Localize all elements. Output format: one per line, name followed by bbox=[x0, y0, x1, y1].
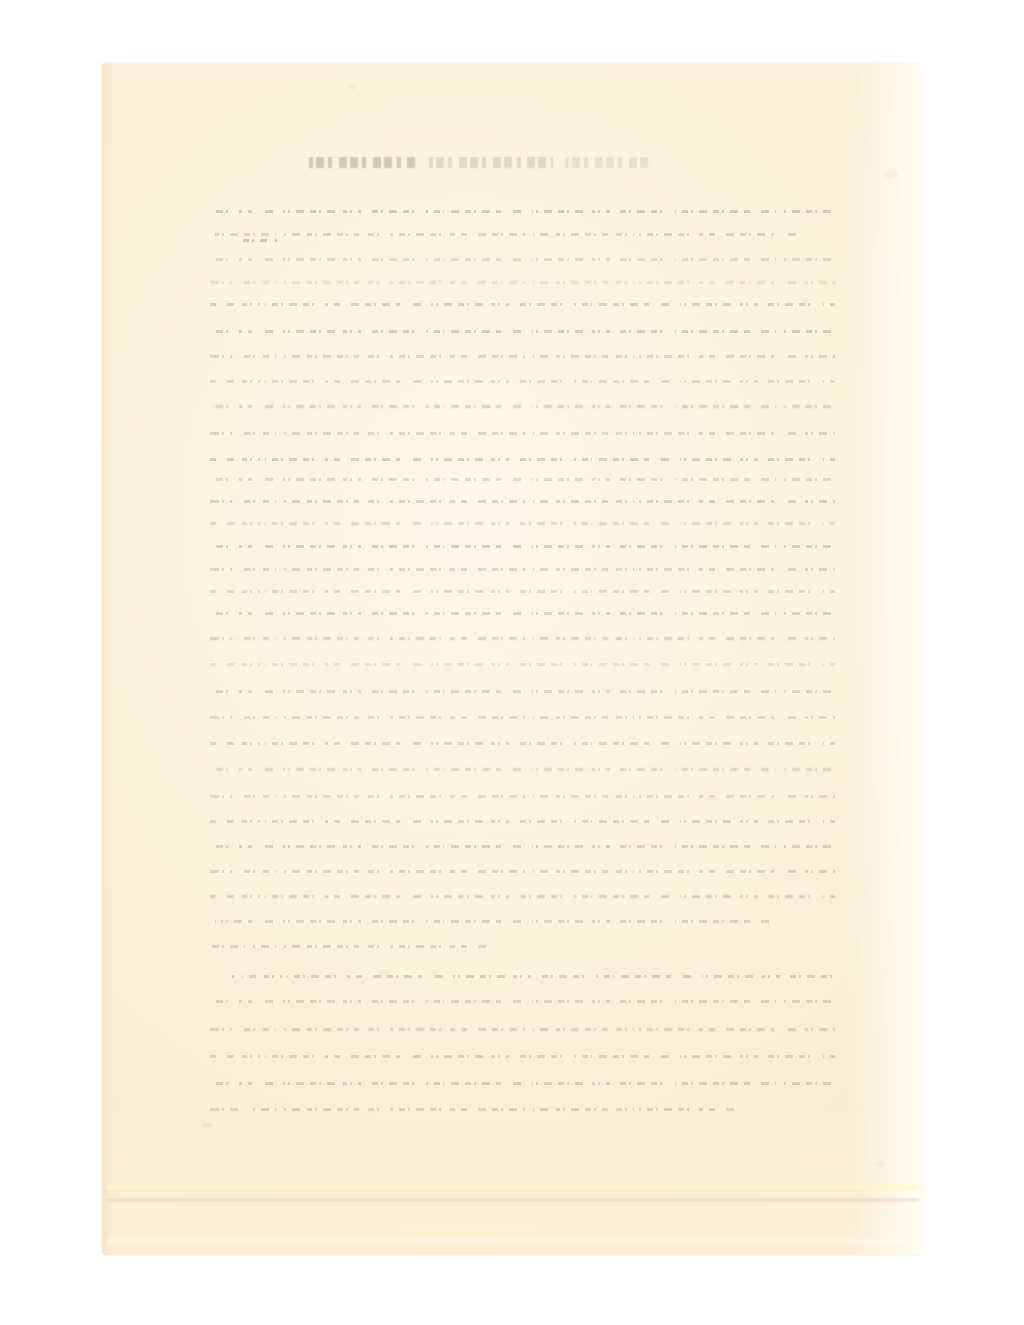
faded-text-line bbox=[210, 690, 835, 693]
faded-text-line bbox=[210, 795, 835, 798]
faded-text-line bbox=[210, 405, 835, 408]
faded-text-line bbox=[210, 920, 770, 923]
crease-line bbox=[106, 1199, 919, 1201]
faded-text-line bbox=[210, 522, 835, 525]
faded-text-line bbox=[243, 239, 277, 242]
faded-text-line bbox=[210, 233, 800, 236]
faded-text-line bbox=[210, 870, 835, 873]
paper-speck bbox=[554, 631, 560, 635]
paper-speck bbox=[202, 1123, 212, 1127]
faded-text-line bbox=[210, 663, 835, 666]
faded-text-line bbox=[210, 568, 835, 571]
faded-text-line bbox=[210, 895, 835, 898]
faded-text-line bbox=[210, 303, 835, 306]
faded-text-line bbox=[210, 500, 835, 503]
paper-speck bbox=[884, 171, 898, 179]
faded-heading-segment bbox=[561, 157, 653, 168]
faded-text-line bbox=[210, 612, 835, 615]
faded-text-line bbox=[210, 820, 835, 823]
faded-text-line bbox=[210, 380, 835, 383]
faded-text-line bbox=[210, 258, 835, 261]
faded-text-line bbox=[210, 1055, 835, 1058]
faded-text-line bbox=[210, 742, 835, 745]
faded-heading-trace bbox=[305, 157, 705, 168]
faded-text-line bbox=[210, 210, 835, 213]
faded-text-line bbox=[232, 975, 835, 978]
faded-text-line bbox=[210, 281, 835, 284]
faded-text-line bbox=[210, 1028, 835, 1031]
faded-heading-segment bbox=[305, 157, 417, 168]
crease-line bbox=[106, 1185, 919, 1189]
faded-text-line bbox=[210, 458, 835, 461]
faded-text-line bbox=[210, 716, 835, 719]
scan-background bbox=[0, 0, 1024, 1325]
faded-text-line bbox=[210, 768, 835, 771]
faded-text-line bbox=[210, 1108, 740, 1111]
faded-text-line bbox=[210, 478, 835, 481]
paper-speck bbox=[348, 85, 356, 90]
faded-text-line bbox=[210, 1082, 835, 1085]
paper-speck bbox=[874, 1161, 886, 1167]
faded-heading-segment bbox=[425, 157, 553, 168]
faded-text-line bbox=[210, 945, 490, 948]
scanned-page bbox=[102, 63, 923, 1255]
faded-text-line bbox=[210, 432, 835, 435]
faded-text-line bbox=[210, 637, 835, 640]
faded-text-line bbox=[210, 330, 835, 333]
faded-text-line bbox=[210, 845, 835, 848]
faded-text-line bbox=[210, 355, 835, 358]
faded-text-line bbox=[210, 545, 835, 548]
faded-text-line bbox=[210, 1000, 835, 1003]
faded-text-line bbox=[210, 590, 835, 593]
crease-line bbox=[106, 1240, 919, 1243]
